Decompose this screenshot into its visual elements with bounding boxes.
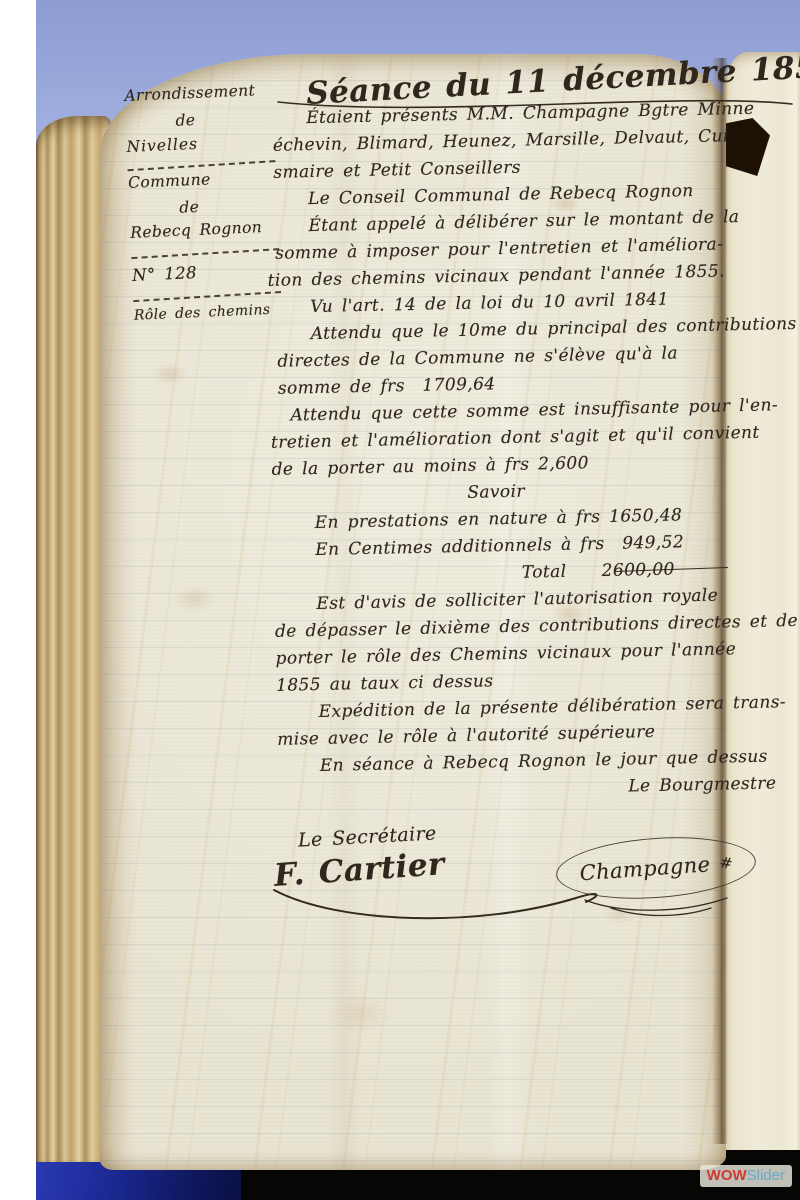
margin-divider — [133, 291, 281, 302]
margin-de: de — [125, 110, 246, 133]
watermark-wow: WOW — [707, 1167, 747, 1184]
signature-swirl — [581, 892, 731, 922]
screenshot-root: Séance du 11 décembre 1854 Arrondissemen… — [0, 0, 800, 1200]
margin-divider — [131, 248, 279, 259]
watermark-slider: Slider — [747, 1167, 785, 1184]
book-photo: Séance du 11 décembre 1854 Arrondissemen… — [36, 0, 800, 1200]
wowslider-watermark[interactable]: WOWSlider — [700, 1165, 792, 1187]
margin-arrondissement: Arrondissement — [124, 81, 295, 106]
manuscript-body: Étaient présents M.M. Champagne Bgtre Mi… — [264, 95, 787, 807]
signature-flourish — [268, 884, 608, 932]
signature-paraph-icon: # — [718, 853, 734, 873]
mayor-signature: Champagne — [579, 852, 711, 885]
margin-de: de — [129, 197, 250, 220]
